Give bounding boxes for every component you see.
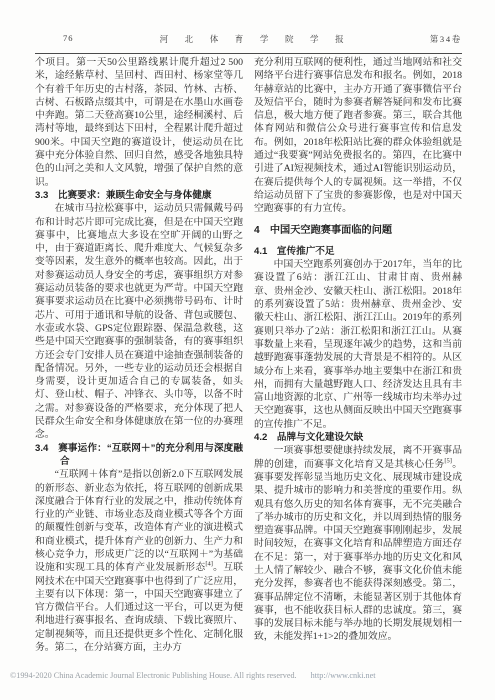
page-header: 76 河 北 体 育 学 院 学 报 第34卷 [35, 33, 462, 54]
paragraph-continuation: 个项目。第一天50公里路线累计爬升超过2 500米，途经紫草村、呈回村、酉田村、… [35, 56, 243, 189]
paragraph-text: 。赛事要发挥彰显当地历史文化、展现城市建设成果、提升城市的影响力和美誉度的重要作… [254, 459, 462, 643]
section-heading-4-2: 4.2 品牌与文化建设欠缺 [254, 431, 462, 444]
paragraph-text: 一项赛事想要健康持续发展，离不开赛事品牌的创建，而赛事文化培育又是其核心任务 [254, 445, 462, 469]
section-heading-3-4: 3.4 赛事运作：“互联网＋”的充分利用与深度融合 [35, 442, 243, 469]
citation-marker: [5] [444, 457, 452, 464]
paragraph: 中国天空跑系列赛创办于2017年，当年的比赛设置了6站：浙江江山、甘肃甘南、贵州… [254, 258, 462, 431]
section-heading-4: 4 中国天空跑赛事面临的问题 [254, 224, 462, 237]
article-body: 个项目。第一天50公里路线累计爬升超过2 500米，途经紫草村、呈回村、酉田村、… [35, 56, 462, 650]
paragraph-text: 。互联网技术在中国天空跑赛事中也得到了广泛应用，主要有以下体现：第一，中国天空跑… [35, 562, 243, 653]
left-column: 个项目。第一天50公里路线累计爬升超过2 500米，途经紫草村、呈回村、酉田村、… [35, 56, 243, 650]
footer-url: http://www.cnki.net [311, 671, 376, 680]
paragraph: 一项赛事想要健康持续发展，离不开赛事品牌的创建，而赛事文化培育又是其核心任务[5… [254, 444, 462, 643]
copyright-text: ©1994-2020 China Academic Journal Electr… [10, 671, 297, 680]
page-number: 76 [63, 33, 74, 43]
journal-page: 76 河 北 体 育 学 院 学 报 第34卷 个项目。第一天50公里路线累计爬… [0, 0, 495, 700]
paragraph-text: “互联网＋体育”是指以创新2.0下互联网发展的新形态、新业态为依托，将互联网的创… [35, 469, 243, 573]
section-heading-4-1: 4.1 宣传推广不足 [254, 245, 462, 258]
paragraph-continuation: 充分利用互联网的便利性，通过当地网站和社交网络平台进行赛事信息发布和报名。例如，… [254, 56, 462, 216]
journal-title: 河 北 体 育 学 院 学 报 [81, 33, 430, 45]
paragraph: “互联网＋体育”是指以创新2.0下互联网发展的新形态、新业态为依托，将互联网的创… [35, 468, 243, 654]
citation-marker: [4] [205, 561, 213, 568]
section-heading-3-3: 3.3 比赛要求：兼顾生命安全与身体健康 [35, 189, 243, 202]
volume-label: 第34卷 [430, 33, 462, 45]
paragraph: 在城市马拉松赛事中，运动员只需佩戴号码布和计时芯片即可完成比赛，但是在中国天空跑… [35, 202, 243, 441]
right-column: 充分利用互联网的便利性，通过当地网站和社交网络平台进行赛事信息发布和报名。例如，… [254, 56, 462, 650]
cnki-footer: ©1994-2020 China Academic Journal Electr… [10, 671, 485, 680]
